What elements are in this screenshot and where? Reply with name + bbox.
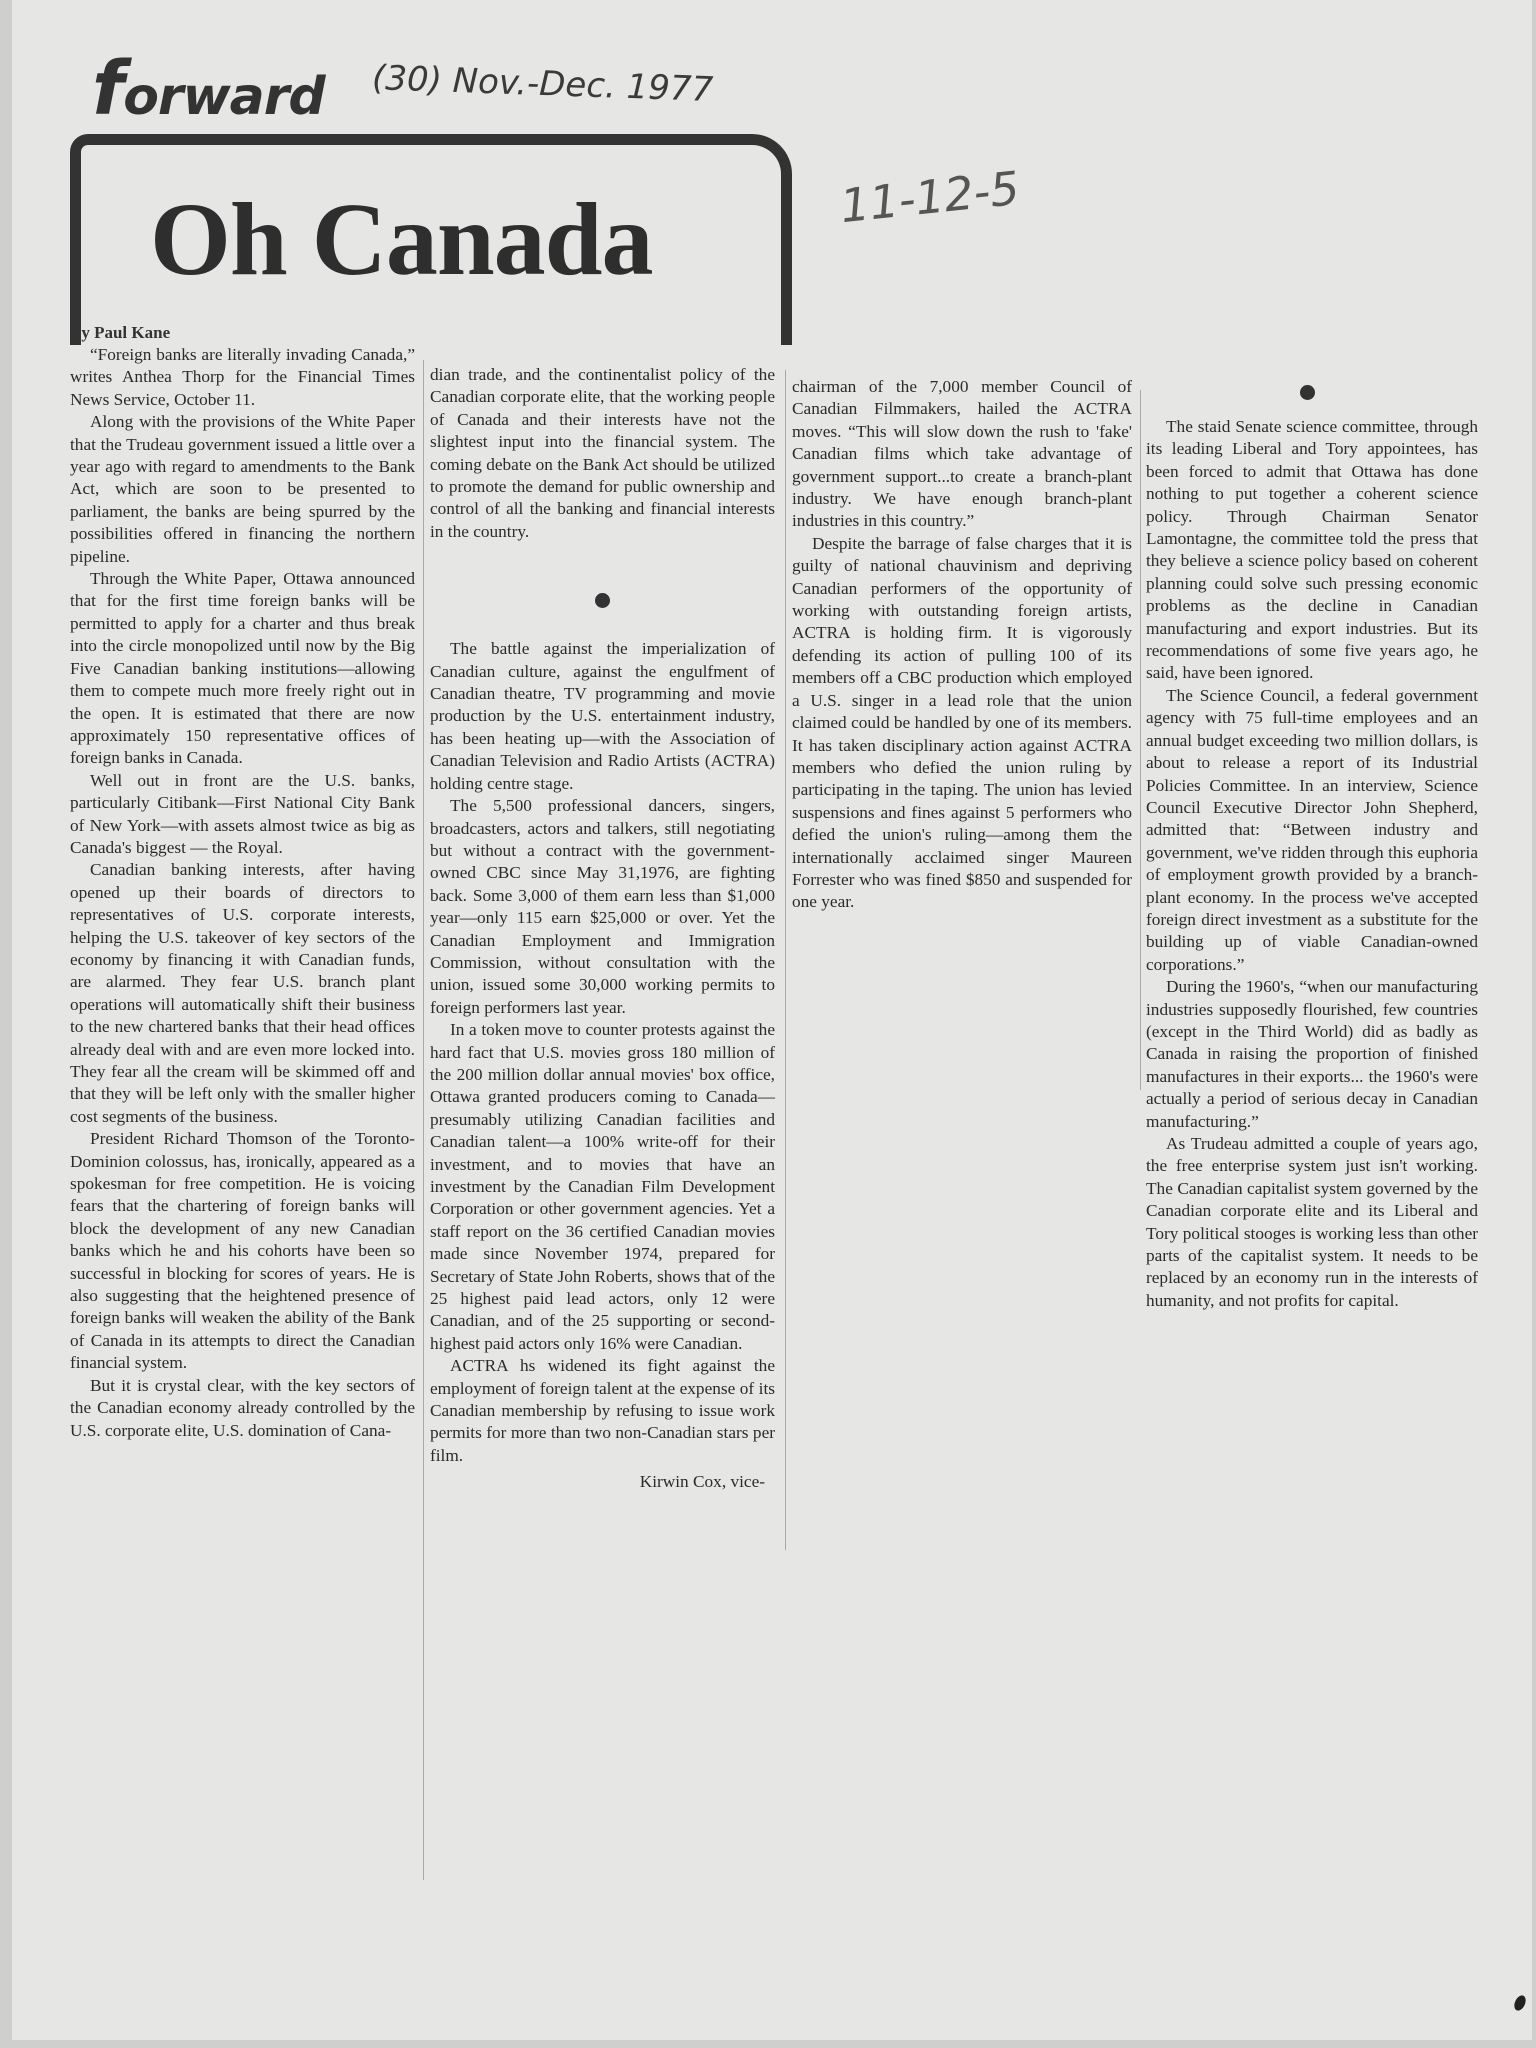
paragraph: Along with the provisions of the White P…	[70, 411, 415, 568]
paragraph: dian trade, and the continentalist polic…	[430, 364, 775, 543]
paragraph: The battle against the imperialization o…	[430, 638, 775, 795]
article-title: Oh Canada	[150, 180, 653, 299]
article-column-4: The staid Senate science committee, thro…	[1146, 416, 1478, 1312]
paragraph: chairman of the 7,000 member Council of …	[792, 376, 1132, 533]
paragraph: “Foreign banks are literally invading Ca…	[70, 344, 415, 411]
paragraph: ACTRA hs widened its fight against the e…	[430, 1355, 775, 1467]
paragraph: Canadian banking interests, after having…	[70, 859, 415, 1128]
paragraph: During the 1960's, “when our manufacturi…	[1146, 976, 1478, 1133]
column-divider	[423, 360, 424, 1880]
paragraph-continuation: Kirwin Cox, vice-	[430, 1471, 775, 1493]
paragraph: Despite the barrage of false charges tha…	[792, 533, 1132, 914]
paragraph: President Richard Thomson of the Toronto…	[70, 1128, 415, 1374]
article-column-2: dian trade, and the continentalist polic…	[430, 364, 775, 1494]
section-break-bullet-icon	[595, 593, 610, 608]
paragraph: The staid Senate science committee, thro…	[1146, 416, 1478, 685]
paragraph: The Science Council, a federal governmen…	[1146, 685, 1478, 976]
paragraph: In a token move to counter protests agai…	[430, 1019, 775, 1355]
article-column-3: chairman of the 7,000 member Council of …	[792, 376, 1132, 914]
article-column-1: “Foreign banks are literally invading Ca…	[70, 344, 415, 1442]
byline: By Paul Kane	[70, 323, 170, 343]
paragraph: Well out in front are the U.S. banks, pa…	[70, 770, 415, 860]
column-divider	[1140, 390, 1141, 1090]
paragraph: As Trudeau admitted a couple of years ag…	[1146, 1133, 1478, 1312]
publication-masthead: forward	[92, 46, 325, 132]
paragraph: But it is crystal clear, with the key se…	[70, 1375, 415, 1442]
paragraph: Through the White Paper, Ottawa announce…	[70, 568, 415, 770]
column-divider	[785, 370, 786, 1550]
section-break-bullet-icon	[1300, 385, 1315, 400]
paragraph: The 5,500 professional dancers, singers,…	[430, 795, 775, 1019]
